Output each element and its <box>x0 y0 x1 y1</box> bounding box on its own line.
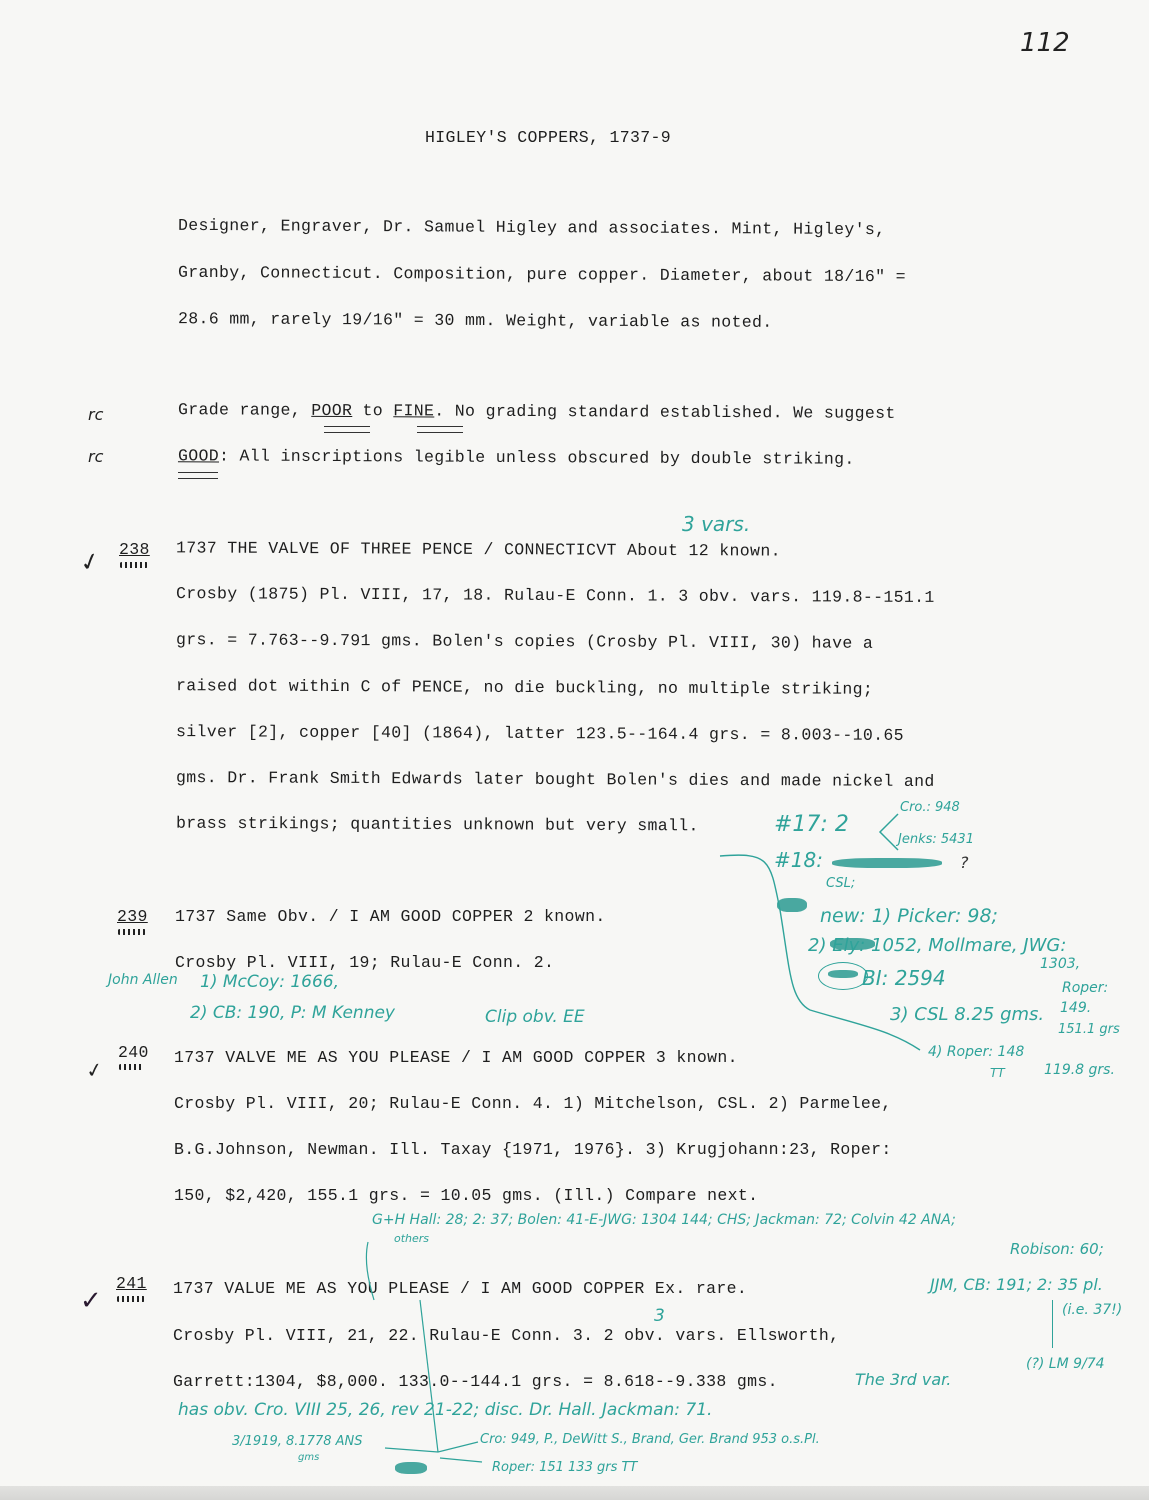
entry-number: 238 <box>119 540 150 559</box>
grading-text: to <box>352 401 393 420</box>
entry-number: 240 <box>118 1043 149 1062</box>
intro-line: Granby, Connecticut. Composition, pure c… <box>178 263 906 286</box>
handwritten-note: John Allen <box>108 972 178 988</box>
intro-line: Designer, Engraver, Dr. Samuel Higley an… <box>178 216 885 239</box>
handwritten-note: Clip obv. EE <box>485 1007 585 1027</box>
grading-line-2: GOOD: All inscriptions legible unless ob… <box>178 446 855 469</box>
page-number: 112 <box>1020 28 1070 58</box>
arrow-line <box>1052 1300 1053 1348</box>
bracket-mark <box>878 812 900 852</box>
handwritten-note: Cro.: 948 <box>900 800 960 815</box>
handwritten-note: 119.8 grs. <box>1044 1062 1115 1078</box>
handwritten-note: 3 vars. <box>682 512 750 536</box>
handwritten-note: #17: 2 <box>774 812 849 837</box>
handwritten-note: 2) CB: 190, P: M Kenney <box>190 1003 395 1023</box>
intro-line: 28.6 mm, rarely 19/16" = 30 mm. Weight, … <box>178 309 773 332</box>
entry-line: Crosby (1875) Pl. VIII, 17, 18. Rulau-E … <box>176 584 935 607</box>
document-title: HIGLEY'S COPPERS, 1737-9 <box>425 128 671 147</box>
handwritten-note: gms <box>298 1452 319 1463</box>
squiggle-underline <box>116 1296 146 1302</box>
squiggle-underline <box>119 562 149 568</box>
margin-mark: rc <box>88 447 103 466</box>
page-edge <box>0 1486 1149 1500</box>
handwritten-note: 1) McCoy: 1666, <box>200 972 339 992</box>
handwritten-note: TT <box>990 1066 1005 1080</box>
margin-mark: rc <box>88 405 103 424</box>
handwritten-note: 151.1 grs <box>1058 1022 1120 1037</box>
checkmark-icon: ✓ <box>80 1286 102 1316</box>
handwritten-note: Roper: <box>1062 980 1108 996</box>
handwritten-note: ? <box>960 853 969 872</box>
handwritten-note: G+H Hall: 28; 2: 37; Bolen: 41-E-JWG: 13… <box>372 1212 956 1228</box>
grading-text: : All inscriptions legible unless obscur… <box>219 446 855 468</box>
connector-line <box>700 850 940 1060</box>
squiggle-underline <box>118 1064 144 1070</box>
grade-poor: POOR <box>311 401 352 420</box>
entry-line: gms. Dr. Frank Smith Edwards later bough… <box>176 768 935 791</box>
entry-line: B.G.Johnson, Newman. Ill. Taxay {1971, 1… <box>174 1140 892 1159</box>
handwritten-note: (?) LM 9/74 <box>1026 1356 1105 1372</box>
handwritten-note: Robison: 60; <box>1010 1240 1104 1258</box>
entry-line: 150, $2,420, 155.1 grs. = 10.05 gms. (Il… <box>174 1186 758 1205</box>
handwritten-note: Jenks: 5431 <box>898 832 974 847</box>
checkmark-icon: ✓ <box>77 546 104 578</box>
handwritten-note: 149. <box>1060 1000 1091 1016</box>
handwritten-note: 1303, <box>1040 956 1080 972</box>
squiggle-underline <box>117 929 147 935</box>
entry-heading: 1737 VALVE ME AS YOU PLEASE / I AM GOOD … <box>174 1048 738 1067</box>
handwritten-note: 4) Roper: 148 <box>928 1044 1024 1060</box>
entry-line: grs. = 7.763--9.791 gms. Bolen's copies … <box>176 630 873 653</box>
entry-line: Crosby Pl. VIII, 20; Rulau-E Conn. 4. 1)… <box>174 1094 892 1113</box>
entry-heading: 1737 THE VALVE OF THREE PENCE / CONNECTI… <box>176 538 781 560</box>
entry-number: 239 <box>117 907 148 926</box>
entry-heading: 1737 Same Obv. / I AM GOOD COPPER 2 know… <box>175 907 606 926</box>
entry-line: brass strikings; quantities unknown but … <box>176 814 699 836</box>
entry-line: Crosby Pl. VIII, 19; Rulau-E Conn. 2. <box>175 953 554 972</box>
handwritten-note: The 3rd var. <box>855 1370 951 1389</box>
handwritten-note: (i.e. 37!) <box>1062 1302 1122 1318</box>
handwritten-note: 3/1919, 8.1778 ANS <box>232 1434 363 1449</box>
grade-good: GOOD <box>178 446 219 465</box>
double-underline-mark <box>417 426 463 433</box>
double-underline-mark <box>324 426 370 433</box>
entry-line: raised dot within C of PENCE, no die buc… <box>176 676 873 699</box>
entry-line: silver [2], copper [40] (1864), latter 1… <box>176 722 904 745</box>
grading-text: Grade range, <box>178 400 311 420</box>
grading-line-1: Grade range, POOR to FINE. No grading st… <box>178 400 896 423</box>
handwritten-note: Cro: 949, P., DeWitt S., Brand, Ger. Bra… <box>480 1432 820 1447</box>
document-page: 112 HIGLEY'S COPPERS, 1737-9 Designer, E… <box>0 0 1149 1488</box>
grade-fine: FINE <box>393 401 434 420</box>
handwritten-note: JJM, CB: 191; 2: 35 pl. <box>930 1275 1103 1294</box>
entry-number: 241 <box>116 1274 147 1293</box>
handwritten-note: 3 <box>654 1306 665 1326</box>
checkmark-icon: ✓ <box>84 1057 105 1084</box>
connector-line <box>360 1240 520 1470</box>
double-underline-mark <box>178 472 218 479</box>
grading-text: . No grading standard established. We su… <box>434 401 895 422</box>
